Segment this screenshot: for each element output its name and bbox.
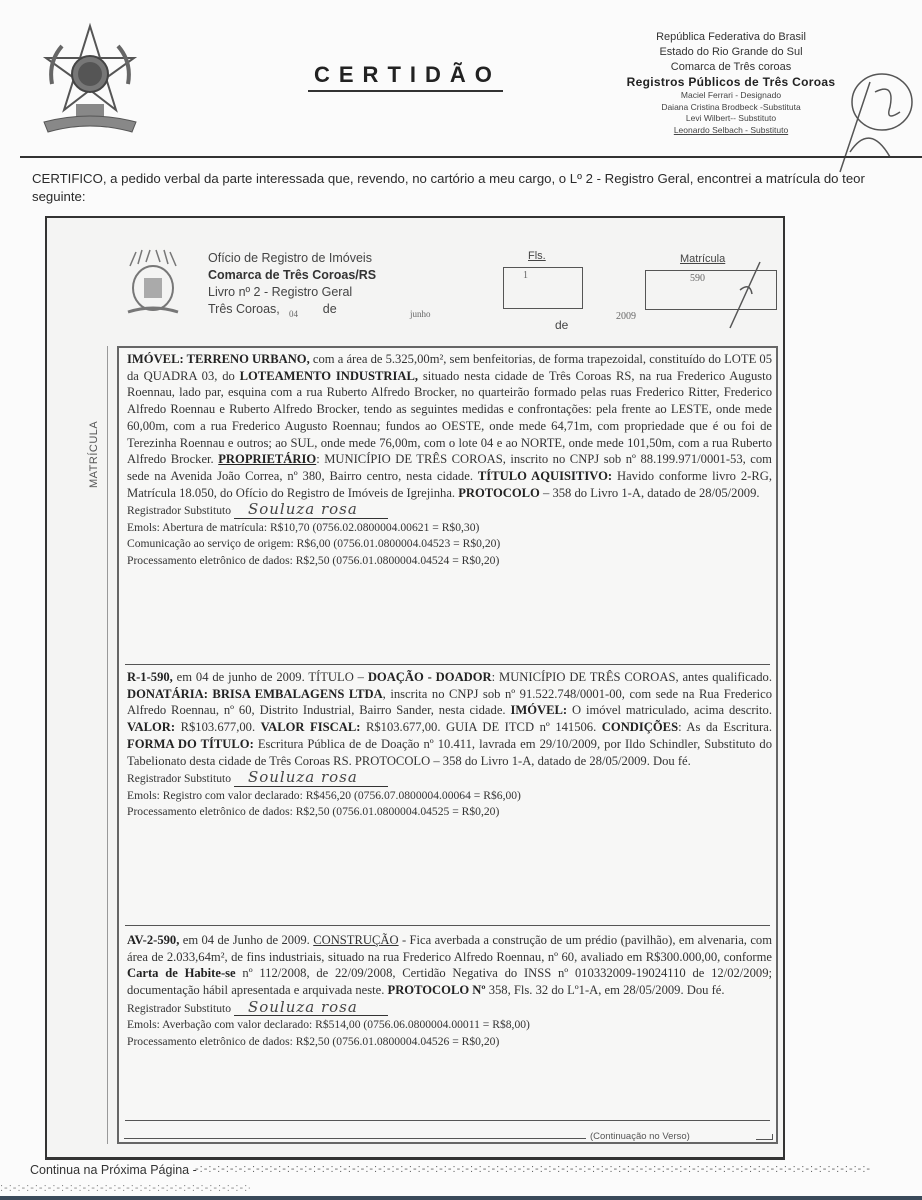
continues-next-page: Continua na Próxima Página - <box>30 1163 197 1177</box>
registrar-line: Registrador Substituto Souluza rosa <box>127 769 772 788</box>
property-description: IMÓVEL: TERRENO URBANO, com a área de 5.… <box>127 351 772 501</box>
comarca-name: Comarca de Três Coroas/RS <box>208 267 376 284</box>
rs-state-crest-icon <box>124 248 182 320</box>
city: Três Coroas, <box>208 302 280 316</box>
side-divider <box>107 346 108 1144</box>
fee-line: Emols: Registro com valor declarado: R$4… <box>127 788 772 805</box>
section-divider <box>125 664 770 665</box>
section-matricula: IMÓVEL: TERRENO URBANO, com a área de 5.… <box>127 351 772 569</box>
fls-label: Fls. <box>528 250 546 262</box>
matricula-label: Matrícula <box>680 253 725 265</box>
matricula-value: 590 <box>690 273 705 284</box>
registrar-line: Registrador Substituto Souluza rosa <box>127 999 772 1018</box>
fee-line: Emols: Abertura de matrícula: R$10,70 (0… <box>127 520 772 537</box>
signature: Souluza rosa <box>234 999 388 1017</box>
fee-line: Processamento eletrônico de dados: R$2,5… <box>127 1034 772 1051</box>
verso-line-tail <box>756 1134 773 1140</box>
org-line: República Federativa do Brasil <box>600 30 862 45</box>
handwritten-initials-icon <box>820 62 920 182</box>
construction-annotation: AV-2-590, em 04 de Junho de 2009. CONSTR… <box>127 932 772 999</box>
date-de-2: de <box>555 318 568 332</box>
book-name: Livro nº 2 - Registro Geral <box>208 284 376 301</box>
fls-box <box>503 267 583 309</box>
signature: Souluza rosa <box>234 501 388 519</box>
brazil-coat-of-arms-icon <box>42 22 138 140</box>
registrar-line: Registrador Substituto Souluza rosa <box>127 501 772 520</box>
section-r1-590: R-1-590, em 04 de junho de 2009. TÍTULO … <box>127 669 772 821</box>
fee-line: Processamento eletrônico de dados: R$2,5… <box>127 804 772 821</box>
date-de: de <box>323 302 337 316</box>
filler-dots: -:-:-:-:-:-:-:-:-:-:-:-:-:-:-:-:-:-:-:-:… <box>195 1163 875 1175</box>
filler-dots: :-:-:-:-:-:-:-:-:-:-:-:-:-:-:-:-:-:-:-:-… <box>0 1182 250 1194</box>
date-day: 04 <box>289 309 298 319</box>
header-rule <box>20 156 922 158</box>
continuation-verso: (Continuação no Verso) <box>590 1131 690 1142</box>
bottom-edge <box>0 1196 922 1200</box>
section-divider <box>125 1120 770 1121</box>
fee-line: Emols: Averbação com valor declarado: R$… <box>127 1017 772 1034</box>
fls-value: 1 <box>523 270 528 281</box>
office-info: Ofício de Registro de Imóveis Comarca de… <box>208 250 376 318</box>
date-year: 2009 <box>616 311 636 322</box>
certification-intro: CERTIFICO, a pedido verbal da parte inte… <box>32 170 902 206</box>
document-title: CERTIDÃO <box>308 62 503 92</box>
fee-line: Comunicação ao serviço de origem: R$6,00… <box>127 536 772 553</box>
org-line: Estado do Rio Grande do Sul <box>600 45 862 60</box>
section-divider <box>125 925 770 926</box>
matricula-strike-mark-icon <box>720 260 770 330</box>
fee-line: Processamento eletrônico de dados: R$2,5… <box>127 553 772 570</box>
office-name: Ofício de Registro de Imóveis <box>208 250 376 267</box>
signature: Souluza rosa <box>234 769 388 787</box>
donation-record: R-1-590, em 04 de junho de 2009. TÍTULO … <box>127 669 772 769</box>
section-av2-590: AV-2-590, em 04 de Junho de 2009. CONSTR… <box>127 932 772 1050</box>
date-month: junho <box>410 309 431 319</box>
verso-line <box>124 1138 586 1139</box>
side-label: MATRÍCULA <box>88 421 100 488</box>
